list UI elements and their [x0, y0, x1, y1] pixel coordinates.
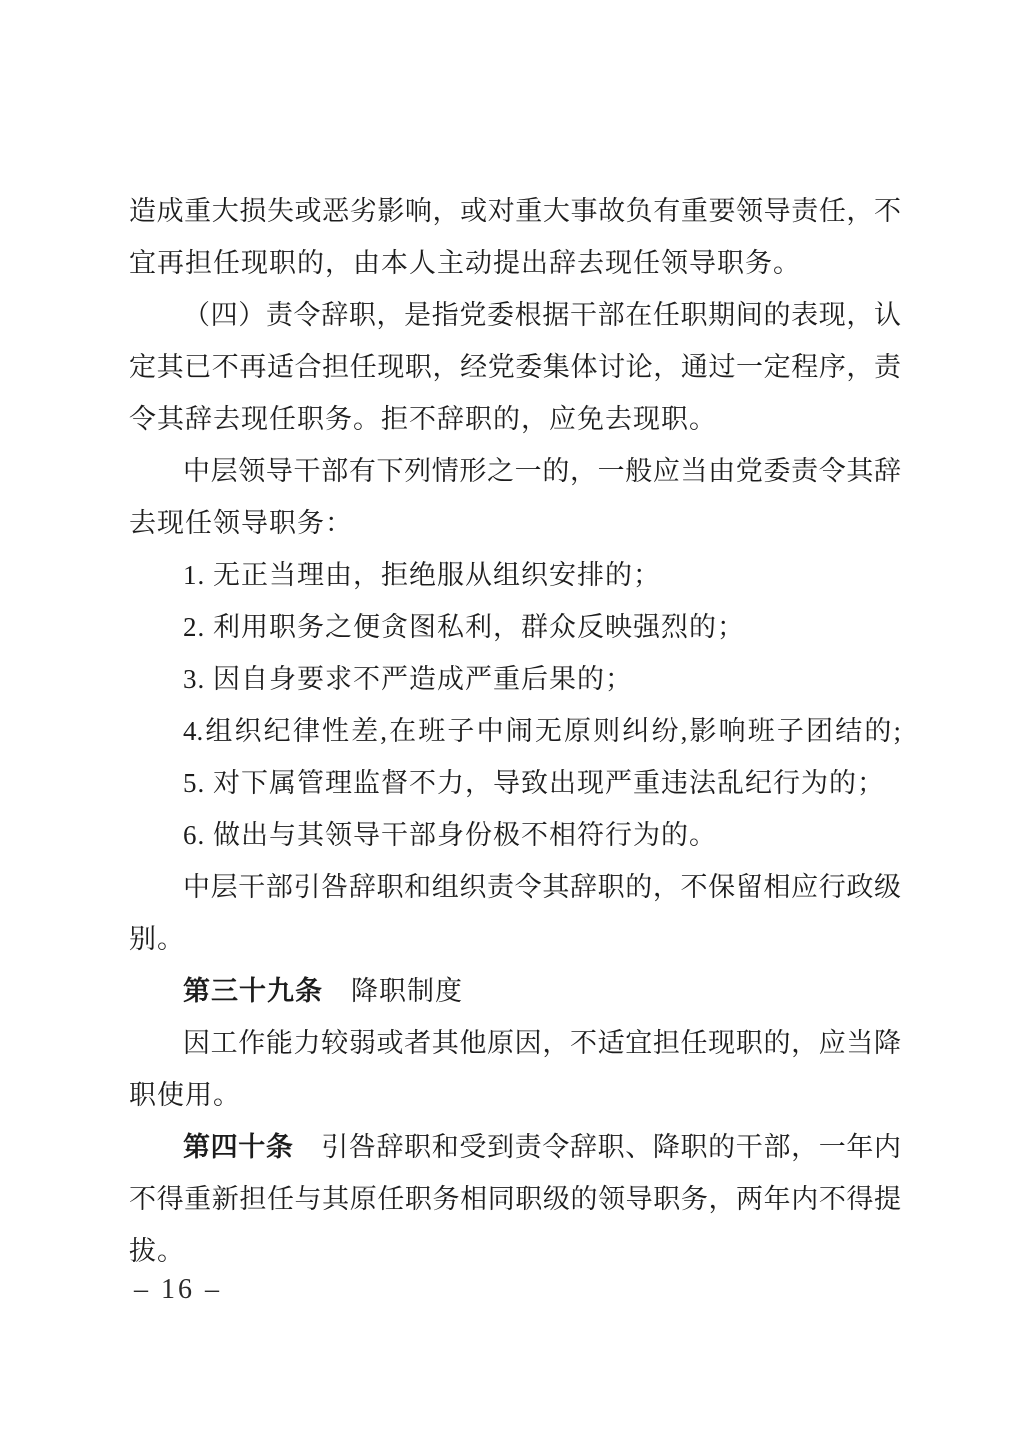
article-heading: 第三十九条	[183, 976, 323, 1006]
line-text: 中层领导干部有下列情形之一的，一般应当由党委责令其辞	[183, 456, 901, 486]
text-line: 造成重大损失或恶劣影响，或对重大事故负有重要领导责任，不	[129, 185, 901, 237]
line-text: 4.组织纪律性差,在班子中闹无原则纠纷,影响班子团结的;	[183, 716, 901, 746]
text-line: 令其辞去现任职务。拒不辞职的，应免去现职。	[129, 393, 901, 445]
text-line: 中层干部引咎辞职和组织责令其辞职的，不保留相应行政级	[129, 861, 901, 913]
text-line: 宜再担任现职的，由本人主动提出辞去现任领导职务。	[129, 237, 901, 289]
document-body: 造成重大损失或恶劣影响，或对重大事故负有重要领导责任，不宜再担任现职的，由本人主…	[129, 185, 901, 1277]
text-line: 拔。	[129, 1225, 901, 1277]
line-text: 定其已不再适合担任现职，经党委集体讨论，通过一定程序，责	[129, 352, 901, 382]
text-line: 5. 对下属管理监督不力，导致出现严重违法乱纪行为的；	[129, 757, 901, 809]
text-line: 第四十条 引咎辞职和受到责令辞职、降职的干部，一年内	[129, 1121, 901, 1173]
line-text: 令其辞去现任职务。拒不辞职的，应免去现职。	[129, 404, 717, 434]
line-text: 职使用。	[129, 1080, 241, 1110]
text-line: 因工作能力较弱或者其他原因，不适宜担任现职的，应当降	[129, 1017, 901, 1069]
text-line: 定其已不再适合担任现职，经党委集体讨论，通过一定程序，责	[129, 341, 901, 393]
line-text: 6. 做出与其领导干部身份极不相符行为的。	[183, 820, 717, 850]
document-page: 造成重大损失或恶劣影响，或对重大事故负有重要领导责任，不宜再担任现职的，由本人主…	[0, 0, 1024, 1448]
line-text: 2. 利用职务之便贪图私利，群众反映强烈的；	[183, 612, 745, 642]
text-line: 6. 做出与其领导干部身份极不相符行为的。	[129, 809, 901, 861]
text-line: 3. 因自身要求不严造成严重后果的；	[129, 653, 901, 705]
line-text: 5. 对下属管理监督不力，导致出现严重违法乱纪行为的；	[183, 768, 885, 798]
line-text: 引咎辞职和受到责令辞职、降职的干部，一年内	[294, 1132, 901, 1162]
text-line: 中层领导干部有下列情形之一的，一般应当由党委责令其辞	[129, 445, 901, 497]
line-text: 中层干部引咎辞职和组织责令其辞职的，不保留相应行政级	[183, 872, 901, 902]
text-line: （四）责令辞职，是指党委根据干部在任职期间的表现，认	[129, 289, 901, 341]
text-line: 职使用。	[129, 1069, 901, 1121]
text-line: 第三十九条 降职制度	[129, 965, 901, 1017]
line-text: 别。	[129, 924, 185, 954]
line-text: 去现任领导职务：	[129, 508, 353, 538]
line-text: 3. 因自身要求不严造成严重后果的；	[183, 664, 633, 694]
line-text: 宜再担任现职的，由本人主动提出辞去现任领导职务。	[129, 248, 801, 278]
text-line: 去现任领导职务：	[129, 497, 901, 549]
line-text: 造成重大损失或恶劣影响，或对重大事故负有重要领导责任，不	[129, 196, 901, 226]
text-line: 别。	[129, 913, 901, 965]
text-line: 4.组织纪律性差,在班子中闹无原则纠纷,影响班子团结的;	[129, 705, 901, 757]
line-text: 拔。	[129, 1236, 185, 1266]
line-text: 1. 无正当理由，拒绝服从组织安排的；	[183, 560, 661, 590]
article-heading: 第四十条	[183, 1132, 294, 1162]
text-line: 不得重新担任与其原任职务相同职级的领导职务，两年内不得提	[129, 1173, 901, 1225]
line-text: 降职制度	[323, 976, 463, 1006]
line-text: 不得重新担任与其原任职务相同职级的领导职务，两年内不得提	[129, 1184, 901, 1214]
page-number: – 16 –	[134, 1274, 222, 1306]
line-text: （四）责令辞职，是指党委根据干部在任职期间的表现，认	[183, 300, 901, 330]
text-line: 2. 利用职务之便贪图私利，群众反映强烈的；	[129, 601, 901, 653]
text-line: 1. 无正当理由，拒绝服从组织安排的；	[129, 549, 901, 601]
line-text: 因工作能力较弱或者其他原因，不适宜担任现职的，应当降	[183, 1028, 901, 1058]
